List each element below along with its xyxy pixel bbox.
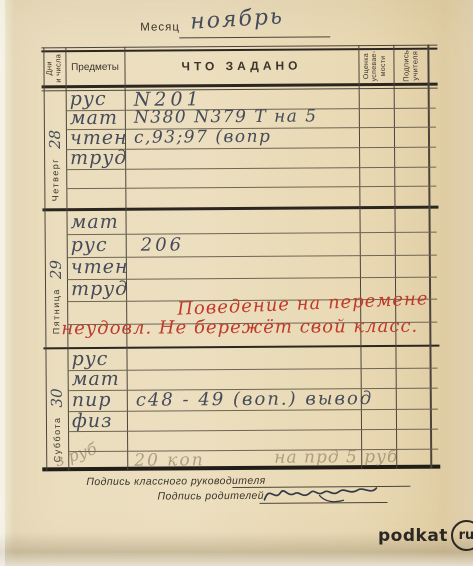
subject-handwriting: чтен xyxy=(71,258,129,277)
day-block-friday: Пятница 29 мат рус 206 чтен xyxy=(45,210,438,347)
task-handwriting: с48 - 49 (воп.) вывод xyxy=(136,390,374,410)
subject-handwriting: физ xyxy=(72,412,113,431)
subject-handwriting: мат xyxy=(72,370,120,389)
subject-handwriting: мат xyxy=(71,213,119,232)
watermark: podkat ru xyxy=(378,520,473,551)
watermark-text: podkat xyxy=(378,526,448,546)
diary-page-photo: Месяц ноябрь Дни и числа Предмет xyxy=(0,0,473,566)
pencil-note-part2: 20 коп xyxy=(134,450,205,470)
subject-handwriting: труд xyxy=(70,149,127,168)
diary-row: физ xyxy=(46,412,438,435)
watermark-ru-badge: ru xyxy=(451,520,473,551)
task-handwriting: N380 N379 Т на 5 xyxy=(134,108,318,126)
task-handwriting: 206 xyxy=(141,236,184,254)
subject-handwriting: мат xyxy=(70,109,118,128)
header-days: Дни и числа xyxy=(44,50,64,86)
parents-signature-scrawl xyxy=(261,480,379,507)
subject-handwriting: рус xyxy=(71,350,108,369)
header-teacher-sign: Подпись учителя xyxy=(401,48,419,84)
diary-row: труд xyxy=(44,149,436,171)
parents-signature-label: Подпись родителей xyxy=(157,490,264,503)
header-tasks: ЧТО ЗАДАНО xyxy=(124,58,358,74)
month-label: Месяц xyxy=(140,21,180,33)
day-block-thursday: Четверг 28 рус N201 мат N380 N379 Т на 5 xyxy=(44,88,437,209)
month-handwritten-value: ноябрь xyxy=(190,6,285,34)
subject-handwriting: пир xyxy=(72,391,112,410)
pencil-note-part3: на прд 5 руб xyxy=(274,447,398,468)
diary-table: Дни и числа Предметы ЧТО ЗАДАНО Оценка у… xyxy=(43,45,438,474)
header-subjects: Предметы xyxy=(65,62,124,73)
teacher-note-line2: неудовл. Не бережёт свой класс. xyxy=(61,318,418,338)
subject-handwriting: труд xyxy=(71,280,128,299)
task-handwriting: с,93;97 (вопр xyxy=(134,129,272,147)
diary-sheet: Месяц ноябрь Дни и числа Предмет xyxy=(0,0,473,566)
header-grade: Оценка успевае- мости xyxy=(363,47,389,84)
day-block-saturday: Суббота 30 рус мат пир с48 - 49 (воп.) xyxy=(45,348,438,472)
subject-handwriting: рус xyxy=(71,236,108,255)
month-underline xyxy=(179,36,330,38)
subject-handwriting: чтен xyxy=(70,129,128,148)
